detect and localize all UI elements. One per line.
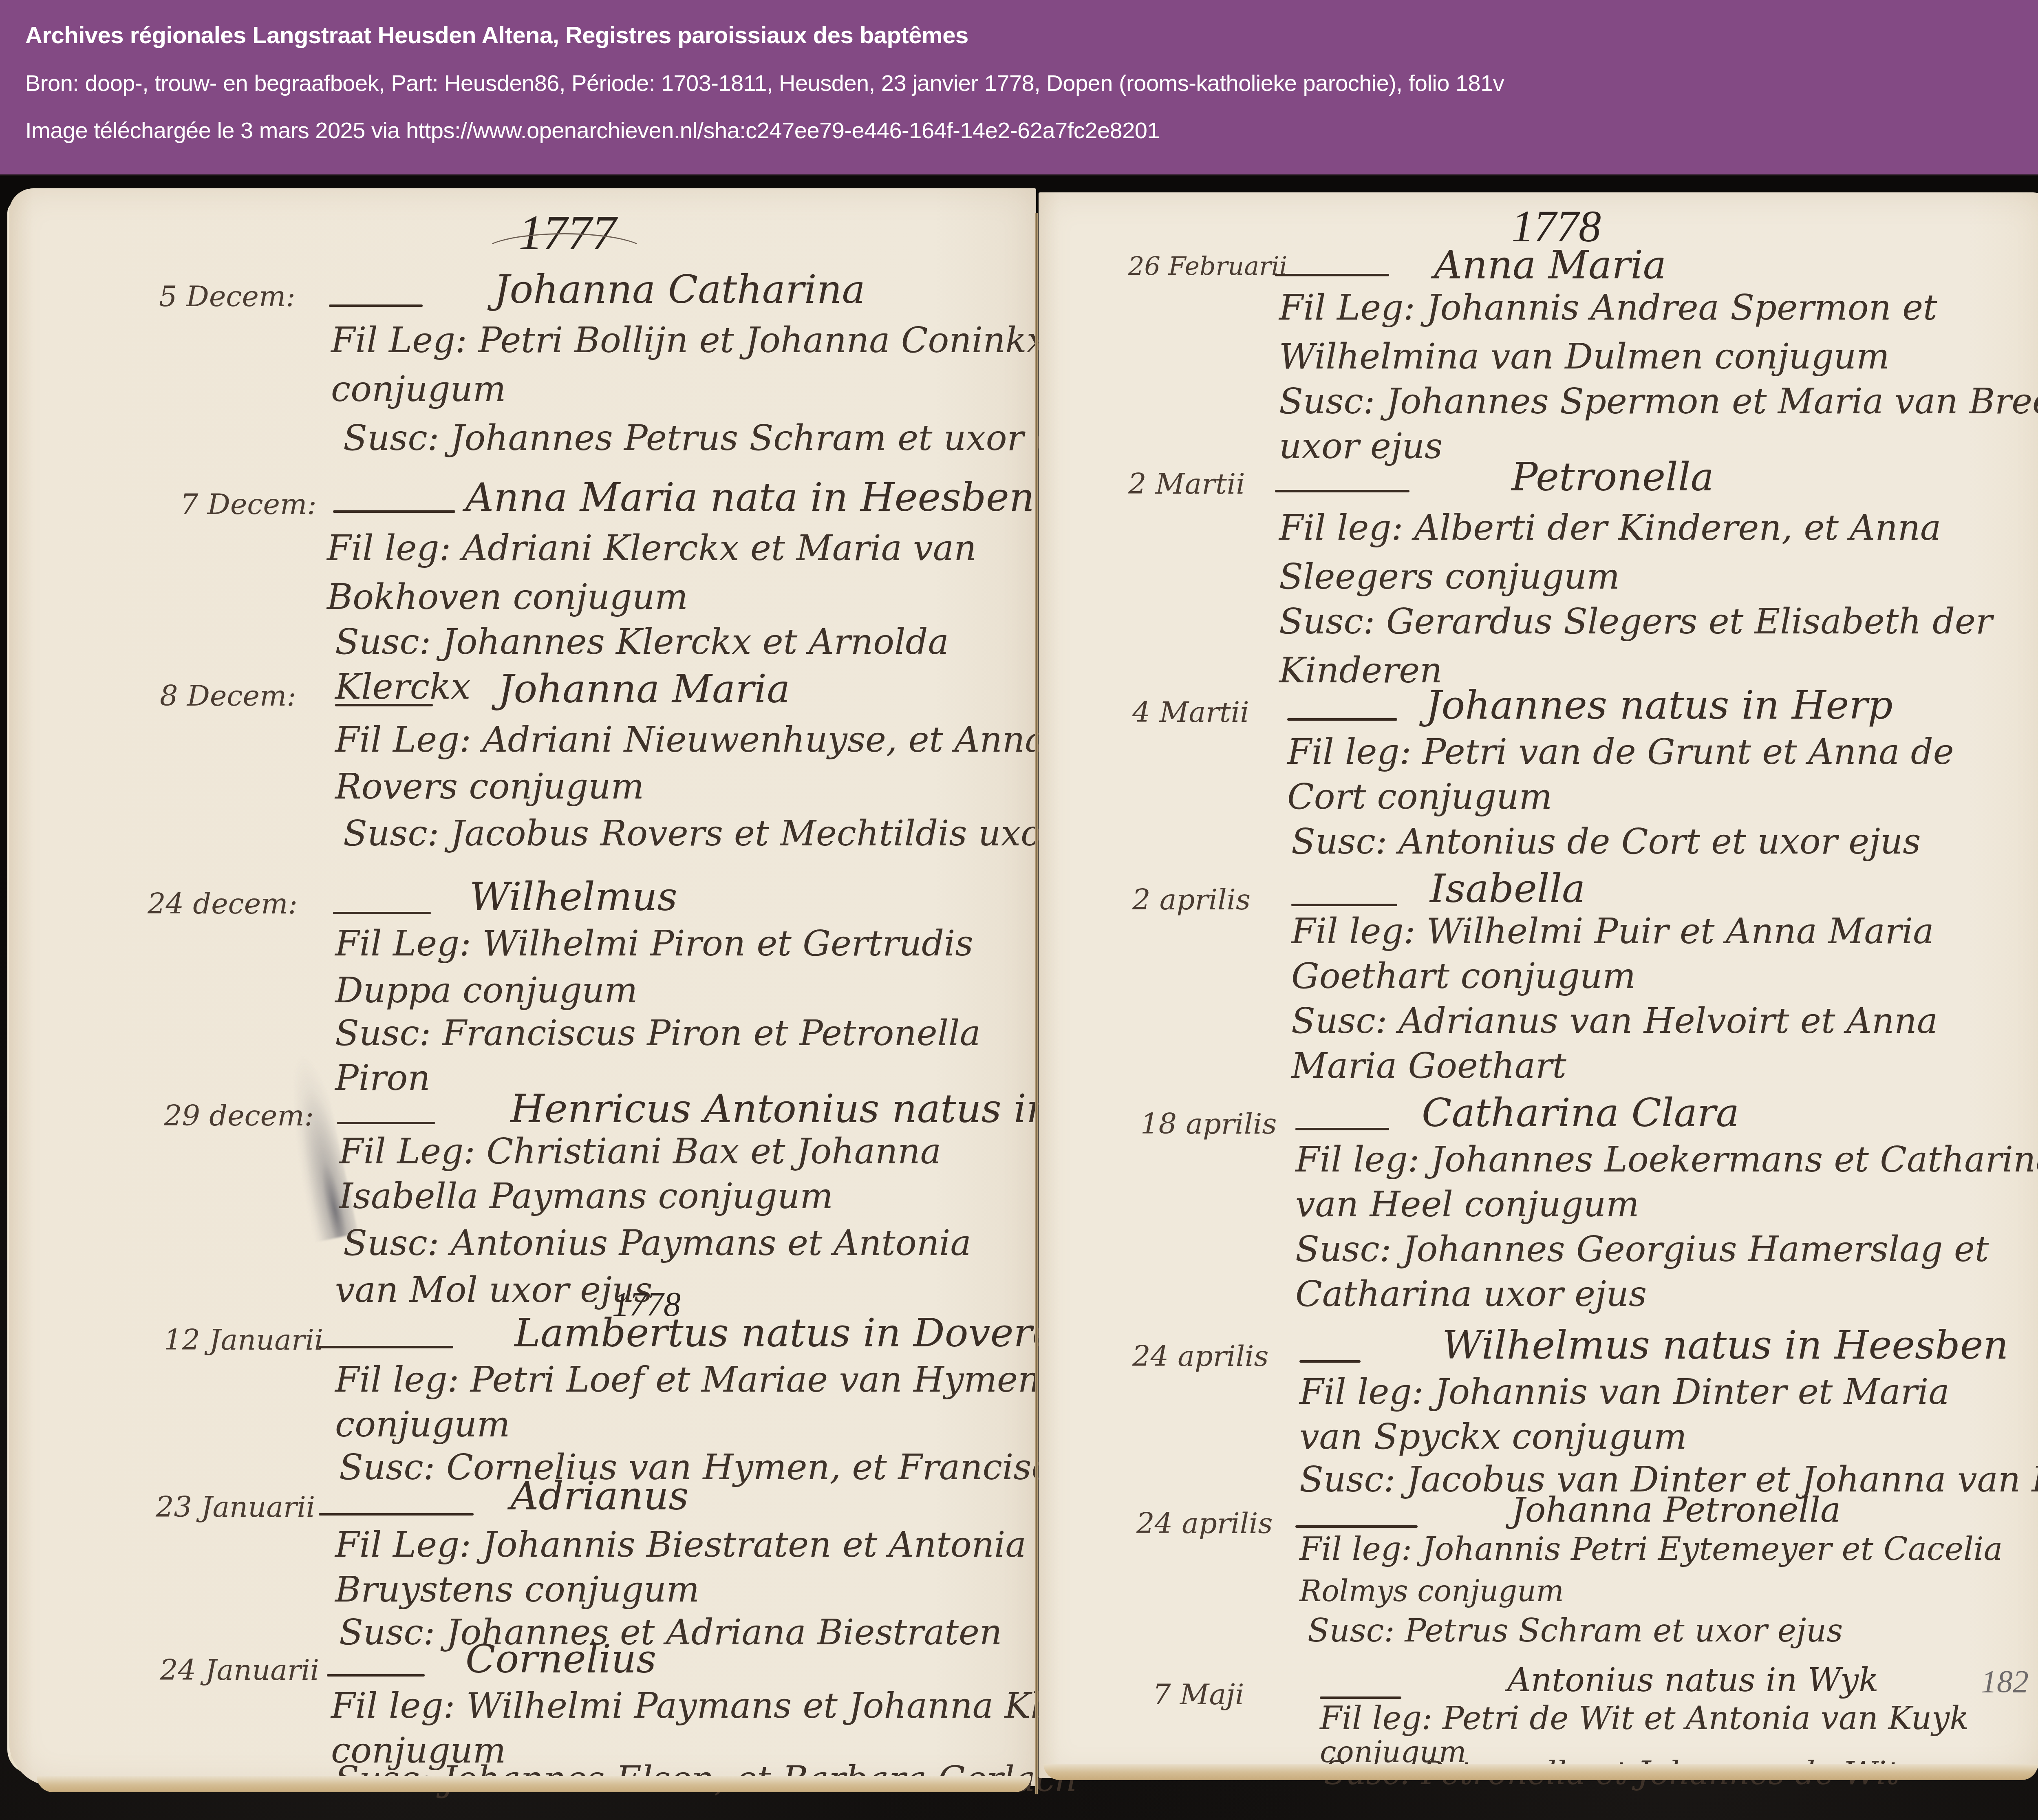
archive-title: Archives régionales Langstraat Heusden A… (25, 24, 2038, 47)
parents-line: Fil leg: Adriani Klerckx et Maria van (327, 531, 977, 566)
open-register-book: 1777 5 Decem: Johanna Catharina Fil Leg:… (0, 176, 2038, 1820)
parents-line: Goethart conjugum (1291, 959, 1636, 994)
parents-line: Isabella Paymans conjugum (339, 1179, 833, 1214)
child-name: Wilhelmus (470, 877, 677, 916)
source-citation: Bron: doop-, trouw- en begraafboek, Part… (25, 72, 2038, 95)
entry-dash (1295, 1128, 1389, 1130)
entry-date: 29 decem: (164, 1101, 314, 1130)
child-name: Petronella (1511, 457, 1714, 496)
parents-line: Rolmys conjugum (1299, 1576, 1564, 1606)
entry-date: 24 decem: (148, 889, 298, 918)
sponsors-line: Kinderen (1279, 653, 1442, 688)
parents-line: Fil Leg: Wilhelmi Piron et Gertrudis (335, 926, 973, 961)
entry-date: 23 Januarii (156, 1493, 315, 1521)
sponsors-line: Susc: Franciscus Piron et Petronella (335, 1016, 981, 1051)
left-page: 1777 5 Decem: Johanna Catharina Fil Leg:… (9, 188, 1036, 1786)
left-page-bottom-edge (37, 1776, 1031, 1792)
sponsors-line: van Mol uxor ejus (335, 1273, 652, 1308)
entry-date: 12 Januarii (164, 1326, 323, 1354)
download-note[interactable]: Image téléchargée le 3 mars 2025 via htt… (25, 119, 2038, 142)
book-gutter (1035, 213, 1038, 1794)
parents-line: Fil leg: Johannis van Dinter et Maria (1299, 1374, 1950, 1410)
parents-line: Sleegers conjugum (1279, 559, 1620, 594)
sponsors-line: Susc: Johannes Spermon et Maria van Bree (1279, 384, 2038, 419)
sponsors-line: Susc: Johannes et Adriana Biestraten (339, 1615, 1002, 1650)
parents-line: Fil Leg: Adriani Nieuwenhuyse, et Anna (335, 722, 1046, 757)
entry-date: 2 aprilis (1132, 885, 1251, 914)
parents-line: Wilhelmina van Dulmen conjugum (1279, 339, 1890, 374)
child-name: Catharina Clara (1422, 1093, 1739, 1132)
sponsors-line: Susc: Antonius Paymans et Antonia (343, 1226, 971, 1261)
entry-dash (337, 1122, 435, 1124)
child-name: Anna Maria nata in Heesben (465, 478, 1034, 517)
entry-dash (1275, 274, 1389, 276)
sponsors-line: Susc: Antonius de Cort et uxor ejus (1291, 824, 1921, 859)
entry-dash (333, 510, 455, 513)
parents-line: Fil leg: Petri van de Grunt et Anna de (1287, 735, 1954, 770)
parents-line: Fil Leg: Johannis Andrea Spermon et (1279, 290, 1937, 325)
child-name: Antonius natus in Wyk (1507, 1664, 1879, 1696)
sponsors-line: Maria Goethart (1291, 1048, 1566, 1083)
parents-line: Fil Leg: Petri Bollijn et Johanna Conink… (331, 323, 1046, 358)
sponsors-line: Susc: Johannes Klerckx et Arnolda (335, 624, 949, 660)
entry-dash (335, 704, 433, 706)
child-name: Anna Maria (1434, 245, 1666, 285)
child-name: Johanna Petronella (1511, 1493, 1841, 1527)
parents-line: Rovers conjugum (335, 769, 644, 804)
parents-line: conjugum (331, 372, 506, 407)
entry-dash (329, 304, 423, 307)
parents-line: Fil leg: Wilhelmi Paymans et Johanna Kle… (331, 1688, 1120, 1723)
entry-date: 4 Martii (1132, 698, 1249, 726)
entry-date: 7 Decem: (180, 490, 317, 518)
parents-line: van Spyckx conjugum (1299, 1419, 1687, 1454)
parents-line: Fil leg: Johannis Petri Eytemeyer et Cac… (1299, 1533, 2003, 1565)
child-name: Johanna Catharina (494, 270, 865, 309)
entry-date: 5 Decem: (159, 282, 296, 311)
entry-date: 26 Februarii (1128, 254, 1287, 279)
entry-dash (1295, 1525, 1418, 1528)
child-name: Wilhelmus natus in Heesben (1442, 1326, 2008, 1365)
parents-line: van Heel conjugum (1295, 1187, 1639, 1222)
child-name: Johannes natus in Herp (1426, 686, 1893, 725)
child-name: Lambertus natus in Doveren (514, 1313, 1081, 1352)
entry-dash (327, 1674, 425, 1677)
entry-date: 24 aprilis (1132, 1342, 1268, 1370)
entry-date: 24 Januarii (160, 1656, 319, 1684)
entry-date: 18 aprilis (1140, 1110, 1277, 1138)
folio-number: 182 (1981, 1663, 2029, 1700)
child-name: Cornelius (465, 1639, 656, 1679)
parents-line: Fil Leg: Johannis Biestraten et Antonia (335, 1527, 1026, 1562)
parents-line: Fil leg: Johannes Loekermans et Catharin… (1295, 1142, 2038, 1177)
archive-banner: Archives régionales Langstraat Heusden A… (0, 0, 2038, 174)
sponsors-line: Susc: Adrianus van Helvoirt et Anna (1291, 1004, 1938, 1039)
child-name: Adrianus (510, 1476, 689, 1516)
entry-dash (1299, 1360, 1361, 1363)
parents-line: Bokhoven conjugum (327, 580, 688, 615)
parents-line: Duppa conjugum (335, 973, 637, 1008)
parents-line: Cort conjugum (1287, 779, 1552, 814)
sponsors-line: Susc: Petrus Schram et uxor ejus (1308, 1615, 1843, 1647)
entry-dash (319, 1513, 474, 1516)
parents-line: Fil Leg: Christiani Bax et Johanna (339, 1134, 941, 1169)
sponsors-line: Susc: Gerardus Slegers et Elisabeth der (1279, 604, 1992, 639)
right-page-bottom-edge (1043, 1764, 2038, 1780)
sponsors-line: Piron (335, 1061, 430, 1096)
entry-date: 24 aprilis (1136, 1509, 1273, 1538)
entry-dash (333, 912, 431, 914)
entry-date: 7 Maji (1153, 1680, 1244, 1709)
sponsors-line: Klerckx (335, 669, 471, 704)
entry-dash (1287, 718, 1397, 721)
entry-dash (1291, 904, 1397, 906)
entry-dash (319, 1346, 453, 1348)
child-name: Johanna Maria (498, 669, 790, 708)
entry-dash (1320, 1696, 1401, 1699)
parents-line: Fil leg: Petri Loef et Mariae van Hymen (335, 1362, 1040, 1397)
parents-line: Fil leg: Alberti der Kinderen, et Anna (1279, 510, 1941, 545)
sponsors-line: uxor ejus (1279, 429, 1442, 464)
sponsors-line: Catharina uxor ejus (1295, 1277, 1647, 1312)
child-name: Isabella (1430, 869, 1585, 908)
entry-date: 2 Martii (1128, 470, 1245, 498)
entry-date: 8 Decem: (160, 682, 296, 710)
sponsors-line: Susc: Jacobus Rovers et Mechtildis uxor … (343, 816, 1142, 851)
year-heading-1777: 1777 (518, 205, 616, 261)
sponsors-line: Susc: Johannes Petrus Schram et uxor eju… (343, 421, 1107, 456)
parents-line: Fil leg: Petri de Wit et Antonia van Kuy… (1320, 1703, 1969, 1734)
parents-line: Fil leg: Wilhelmi Puir et Anna Maria (1291, 914, 1934, 949)
sponsors-line: Susc: Johannes Georgius Hamerslag et (1295, 1232, 1989, 1267)
parents-line: Bruystens conjugum (335, 1572, 699, 1607)
entry-dash (1275, 490, 1409, 492)
parents-line: conjugum (335, 1407, 510, 1442)
right-page: 1778 26 Februarii Anna Maria Fil Leg: Jo… (1039, 192, 2038, 1778)
